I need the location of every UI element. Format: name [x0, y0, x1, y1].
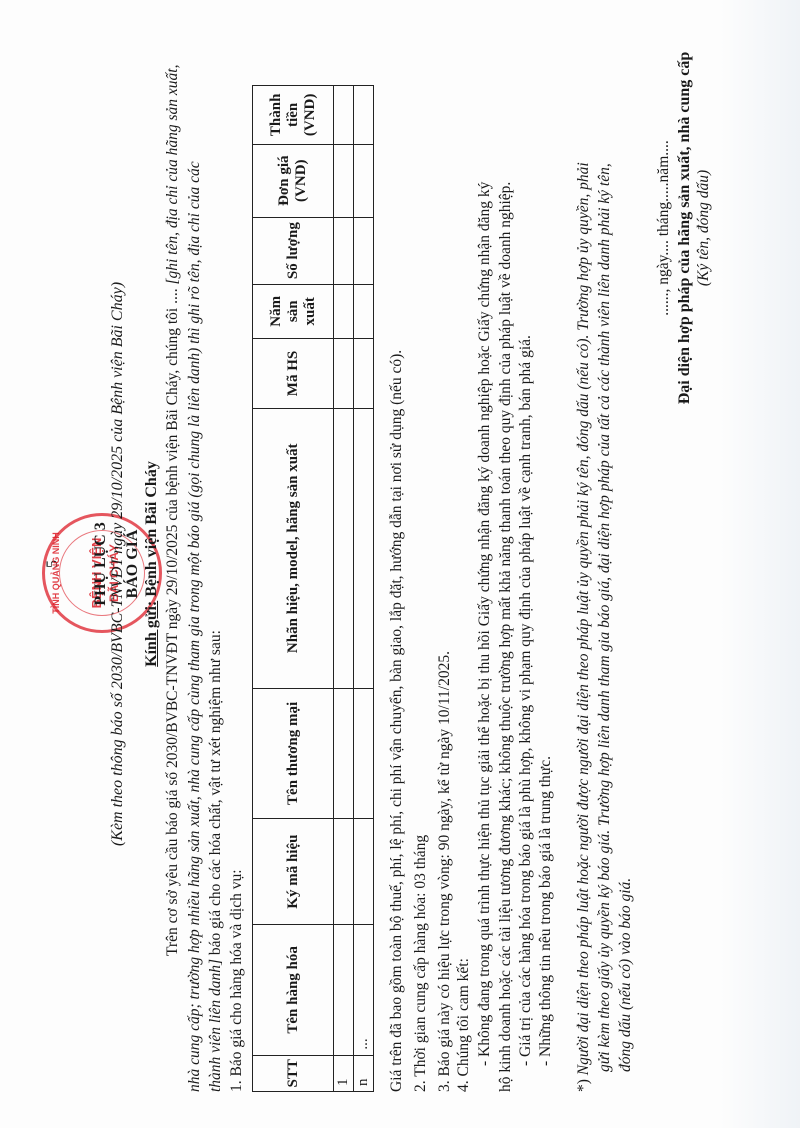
section-1-label: 1. Báo giá cho hàng hóa và dịch vụ: [228, 869, 246, 1092]
header-brand-model: Nhãn hiệu, model, hãng sản xuất [253, 408, 334, 688]
cell [334, 925, 354, 1056]
addressee-line: Kính gửi: Bệnh viện Bãi Cháy [143, 0, 161, 1128]
cell [354, 688, 374, 819]
cell [354, 86, 374, 145]
addressee-label: Kính gửi: [143, 601, 160, 667]
commitment-1-line-1: - Không đang trong quá trình thực hiện t… [476, 182, 494, 1066]
footnote-line-1: *) Người đại diện theo pháp luật hoặc ng… [575, 162, 593, 1092]
intro-line-3: thành viên liên danh] báo giá cho các hó… [207, 630, 225, 1092]
cell [334, 408, 354, 688]
cell [354, 144, 374, 217]
signature-date-line: ......, ngày.... tháng.....năm.... [655, 28, 673, 428]
intro-line-2: nhà cung cấp; trường hợp nhiều hãng sản … [186, 161, 204, 1092]
signature-note: (Ký tên, đóng dấu) [695, 28, 713, 428]
header-hs-code: Mã HS [253, 339, 334, 409]
footnote-line-3: đóng dấu (nếu có) vào báo giá. [617, 878, 635, 1072]
stamp-ring-text: TỈNH QUẢNG NINH [51, 516, 61, 630]
intro-text-2: báo giá cho các hóa chất, vật tư xét ngh… [207, 630, 224, 959]
header-total: Thành tiền (VND) [253, 86, 334, 145]
header-trade-name: Tên thương mại [253, 688, 334, 819]
header-unit-price: Đơn giá (VND) [253, 144, 334, 217]
appendix-title: PHỤ LỤC 3 [92, 0, 110, 1128]
table-header-row: STT Tên hàng hóa Ký mã hiệu Tên thương m… [253, 86, 334, 1092]
cell [334, 819, 354, 925]
table-row: 1 [334, 86, 354, 1092]
document-title: BÁO GIÁ [124, 0, 142, 1128]
header-product-name: Tên hàng hóa [253, 925, 334, 1056]
cell [354, 339, 374, 409]
cell [334, 339, 354, 409]
cell [354, 819, 374, 925]
commitment-heading: 4. Chúng tôi cam kết: [455, 958, 473, 1092]
price-note: Giá trên đã bao gồm toàn bộ thuế, phí, l… [388, 350, 406, 1092]
footnote-line-2: gửi kèm theo giấy ủy quyền ký báo giá. T… [596, 163, 614, 1072]
commitment-1-line-2: hộ kinh doanh hoặc các tài liệu tương đư… [497, 182, 515, 1092]
cell: 1 [334, 1055, 354, 1091]
cell: n [354, 1055, 374, 1091]
commitment-2: - Giá trị của các hàng hóa trong báo giá… [517, 335, 535, 1066]
footnote-text: Người đại diện theo pháp luật hoặc người… [575, 162, 592, 1079]
delivery-time: 2. Thời gian cung cấp hàng hóa: 03 tháng [412, 835, 430, 1092]
intro-line-1: Trên cơ sở yêu cầu báo giá số 2030/BVBC-… [164, 65, 182, 956]
table-row: n ... [354, 86, 374, 1092]
cell [334, 144, 354, 217]
cell [354, 217, 374, 284]
signature-title: Đại diện hợp pháp của hãng sản xuất, nhà… [676, 28, 694, 428]
addressee-name: Bệnh viện Bãi Cháy [143, 461, 160, 601]
cell: ... [354, 925, 374, 1056]
quotation-table: STT Tên hàng hóa Ký mã hiệu Tên thương m… [252, 85, 374, 1092]
cell [334, 688, 354, 819]
cell [354, 284, 374, 338]
cell [354, 408, 374, 688]
scan-shadow [720, 0, 800, 1128]
rotated-document-page: 5 TỈNH QUẢNG NINH BỆNH VIỆN BÃI CHÁY PHỤ… [0, 0, 800, 1128]
header-quantity: Số lượng [253, 217, 334, 284]
intro-text: Trên cơ sở yêu cầu báo giá số 2030/BVBC-… [164, 285, 181, 956]
cell [334, 86, 354, 145]
header-year: Năm sản xuất [253, 284, 334, 338]
header-code: Ký mã hiệu [253, 819, 334, 925]
footnote-marker: *) [575, 1079, 592, 1092]
commitment-3: - Những thông tin nêu trong báo giá là t… [537, 756, 555, 1066]
validity: 3. Báo giá này có hiệu lực trong vòng: 9… [436, 651, 454, 1092]
header-stt: STT [253, 1055, 334, 1091]
cell [334, 217, 354, 284]
intro-italic: [ghi tên, địa chỉ của hãng sản xuất, [164, 65, 181, 285]
cell [334, 284, 354, 338]
intro-italic-2: thành viên liên danh] [207, 959, 224, 1092]
